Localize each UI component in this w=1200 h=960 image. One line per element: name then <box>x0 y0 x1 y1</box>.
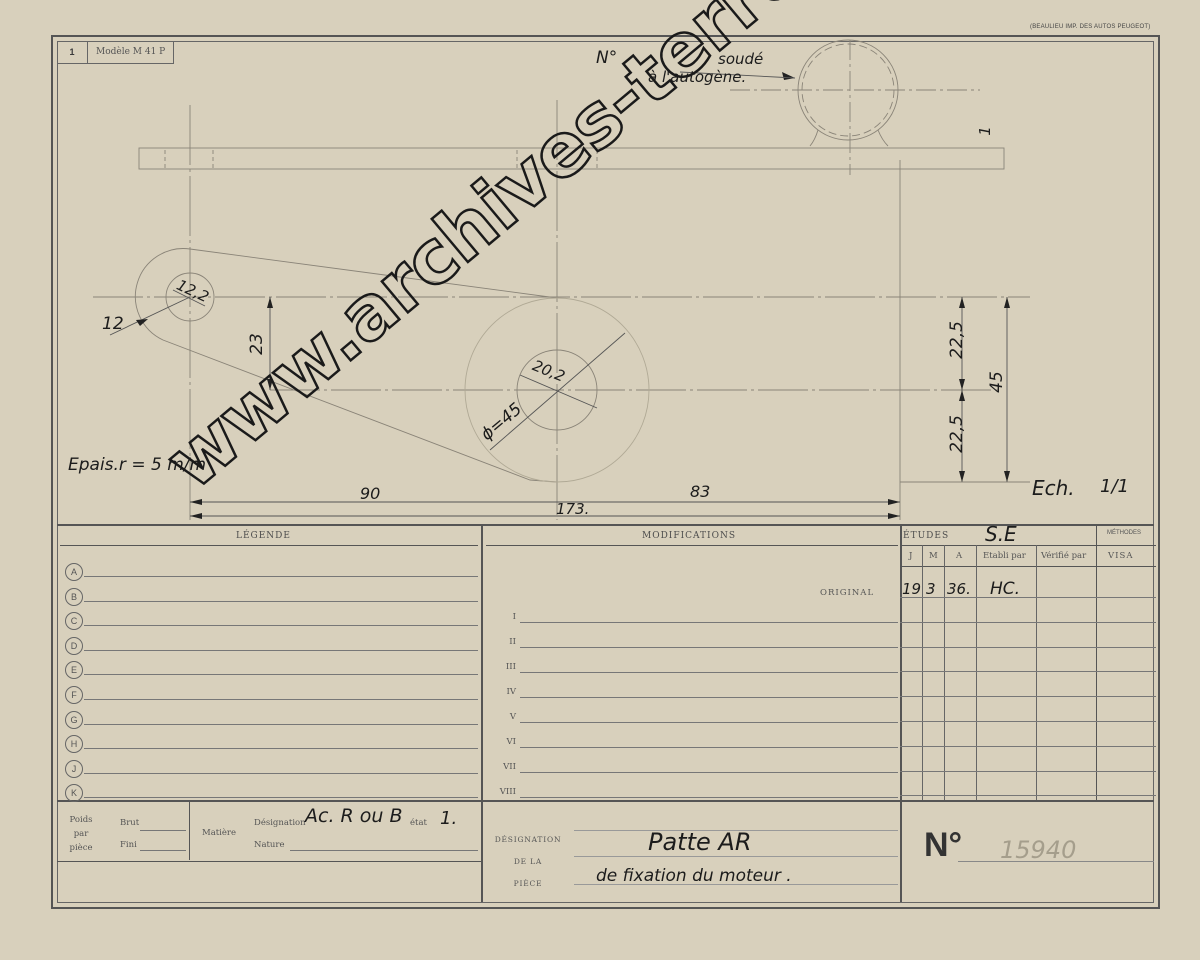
etudes-row-rule <box>900 696 1156 697</box>
col-mois: M <box>929 551 938 561</box>
original-etabli-par: HC. <box>990 579 1020 599</box>
modification-row-line[interactable] <box>520 647 898 648</box>
legende-item-line[interactable] <box>84 576 478 577</box>
dim-upper-half: 22,5 <box>947 321 967 359</box>
piece-label-1: DÉSIGNATION <box>488 829 568 851</box>
brut-field[interactable] <box>140 830 186 831</box>
etudes-row-rule <box>900 721 1156 722</box>
titleblock-divider-1 <box>481 524 483 902</box>
etudes-row-rule <box>900 771 1156 772</box>
titleblock-bottom-rule <box>57 800 1154 802</box>
etudes-row-rule <box>900 597 1156 598</box>
etudes-row-rule <box>900 671 1156 672</box>
modifications-title-rule <box>486 545 898 546</box>
designation-value: Ac. R ou B <box>305 805 403 827</box>
etudes-title: ÉTUDES <box>903 531 949 541</box>
poids-divider <box>189 800 190 860</box>
modification-row-line[interactable] <box>520 622 898 623</box>
col-etabli: Etabli par <box>983 551 1026 561</box>
piece-label-2: DE LA <box>488 851 568 873</box>
etudes-row-rule <box>900 647 1156 648</box>
poids-label-3: pièce <box>66 841 96 855</box>
modification-row-label: VII <box>490 762 516 772</box>
original-month: 3 <box>926 580 936 598</box>
modification-row-label: VI <box>490 737 516 747</box>
poids-label-2: par <box>66 827 96 841</box>
modification-row-line[interactable] <box>520 797 898 798</box>
piece-label: DÉSIGNATION DE LA PIÈCE <box>488 829 568 895</box>
part-number-value: 15940 <box>1000 836 1076 864</box>
dim-total-length: 173. <box>556 500 589 518</box>
part-number-label: N° <box>924 826 962 865</box>
legende-item-line[interactable] <box>84 601 478 602</box>
legende-item-line[interactable] <box>84 748 478 749</box>
etudes-column-rule <box>944 545 945 800</box>
modification-row-label: I <box>490 612 516 622</box>
modification-row-line[interactable] <box>520 772 898 773</box>
dim-left-length: 90 <box>360 484 380 503</box>
col-visa: VISA <box>1108 551 1133 561</box>
legende-title: LÉGENDE <box>236 531 291 541</box>
legende-item-line[interactable] <box>84 773 478 774</box>
nature-field[interactable] <box>290 850 478 851</box>
dim-end-radius: 12 <box>102 314 124 334</box>
modification-row-label: II <box>490 637 516 647</box>
modification-row-line[interactable] <box>520 747 898 748</box>
matiere-label: Matière <box>202 828 236 838</box>
legende-item-marker: B <box>65 588 83 606</box>
col-verifie: Vérifié par <box>1041 551 1086 561</box>
fini-field[interactable] <box>140 850 186 851</box>
scale-label: Ech. <box>1032 476 1075 500</box>
poids-label: Poids par pièce <box>66 813 96 855</box>
etudes-row-rule <box>900 795 1156 796</box>
legende-item-marker: F <box>65 686 83 704</box>
piece-label-3: PIÈCE <box>488 873 568 895</box>
methodes-label: MÉTHODES <box>1107 530 1141 536</box>
dim-lower-half: 22,5 <box>947 415 967 453</box>
etudes-row-rule <box>900 746 1156 747</box>
dim-right-length: 83 <box>690 482 710 501</box>
modification-row-label: IV <box>490 687 516 697</box>
legende-item-line[interactable] <box>84 650 478 651</box>
legende-item-line[interactable] <box>84 674 478 675</box>
modification-row-line[interactable] <box>520 722 898 723</box>
legende-title-rule <box>60 545 478 546</box>
legende-item-marker: D <box>65 637 83 655</box>
poids-label-1: Poids <box>66 813 96 827</box>
original-year: 36. <box>947 580 971 598</box>
modification-row-line[interactable] <box>520 672 898 673</box>
piece-line-2 <box>574 856 898 857</box>
scale-value: 1/1 <box>1100 476 1129 497</box>
etudes-column-rule <box>1036 545 1037 800</box>
legende-item-line[interactable] <box>84 625 478 626</box>
legende-item-marker: G <box>65 711 83 729</box>
etudes-colhead-rule <box>900 566 1156 567</box>
modification-row-label: VIII <box>490 787 516 797</box>
etudes-row-rule <box>900 622 1156 623</box>
modification-row-label: III <box>490 662 516 672</box>
etat-label: état <box>410 818 427 828</box>
legende-item-marker: J <box>65 760 83 778</box>
legende-item-line[interactable] <box>84 724 478 725</box>
original-label: ORIGINAL <box>820 588 874 598</box>
legende-item-line[interactable] <box>84 699 478 700</box>
etudes-header-rule <box>900 545 1156 546</box>
etat-value: 1. <box>440 808 457 829</box>
piece-name-line1: Patte AR <box>648 828 752 856</box>
legende-item-line[interactable] <box>84 797 478 798</box>
col-annee: A <box>956 551 962 561</box>
modification-row-label: V <box>490 712 516 722</box>
designation-label: Désignation <box>254 818 306 828</box>
col-jour: J <box>909 551 912 561</box>
nature-label: Nature <box>254 840 285 850</box>
legende-item-marker: A <box>65 563 83 581</box>
piece-name-line2: de fixation du moteur . <box>596 866 792 886</box>
etudes-section-value: S.E <box>985 522 1017 546</box>
etudes-column-rule <box>922 545 923 800</box>
dim-top-thickness: 1 <box>976 126 994 136</box>
original-day: 19 <box>902 580 921 598</box>
brut-label: Brut <box>120 818 139 828</box>
etudes-column-rule <box>976 545 977 800</box>
modification-row-line[interactable] <box>520 697 898 698</box>
matiere-bottom-rule <box>57 861 481 862</box>
fini-label: Fini <box>120 840 137 850</box>
dim-total-height: 45 <box>987 371 1007 393</box>
modifications-title: MODIFICATIONS <box>642 531 736 541</box>
